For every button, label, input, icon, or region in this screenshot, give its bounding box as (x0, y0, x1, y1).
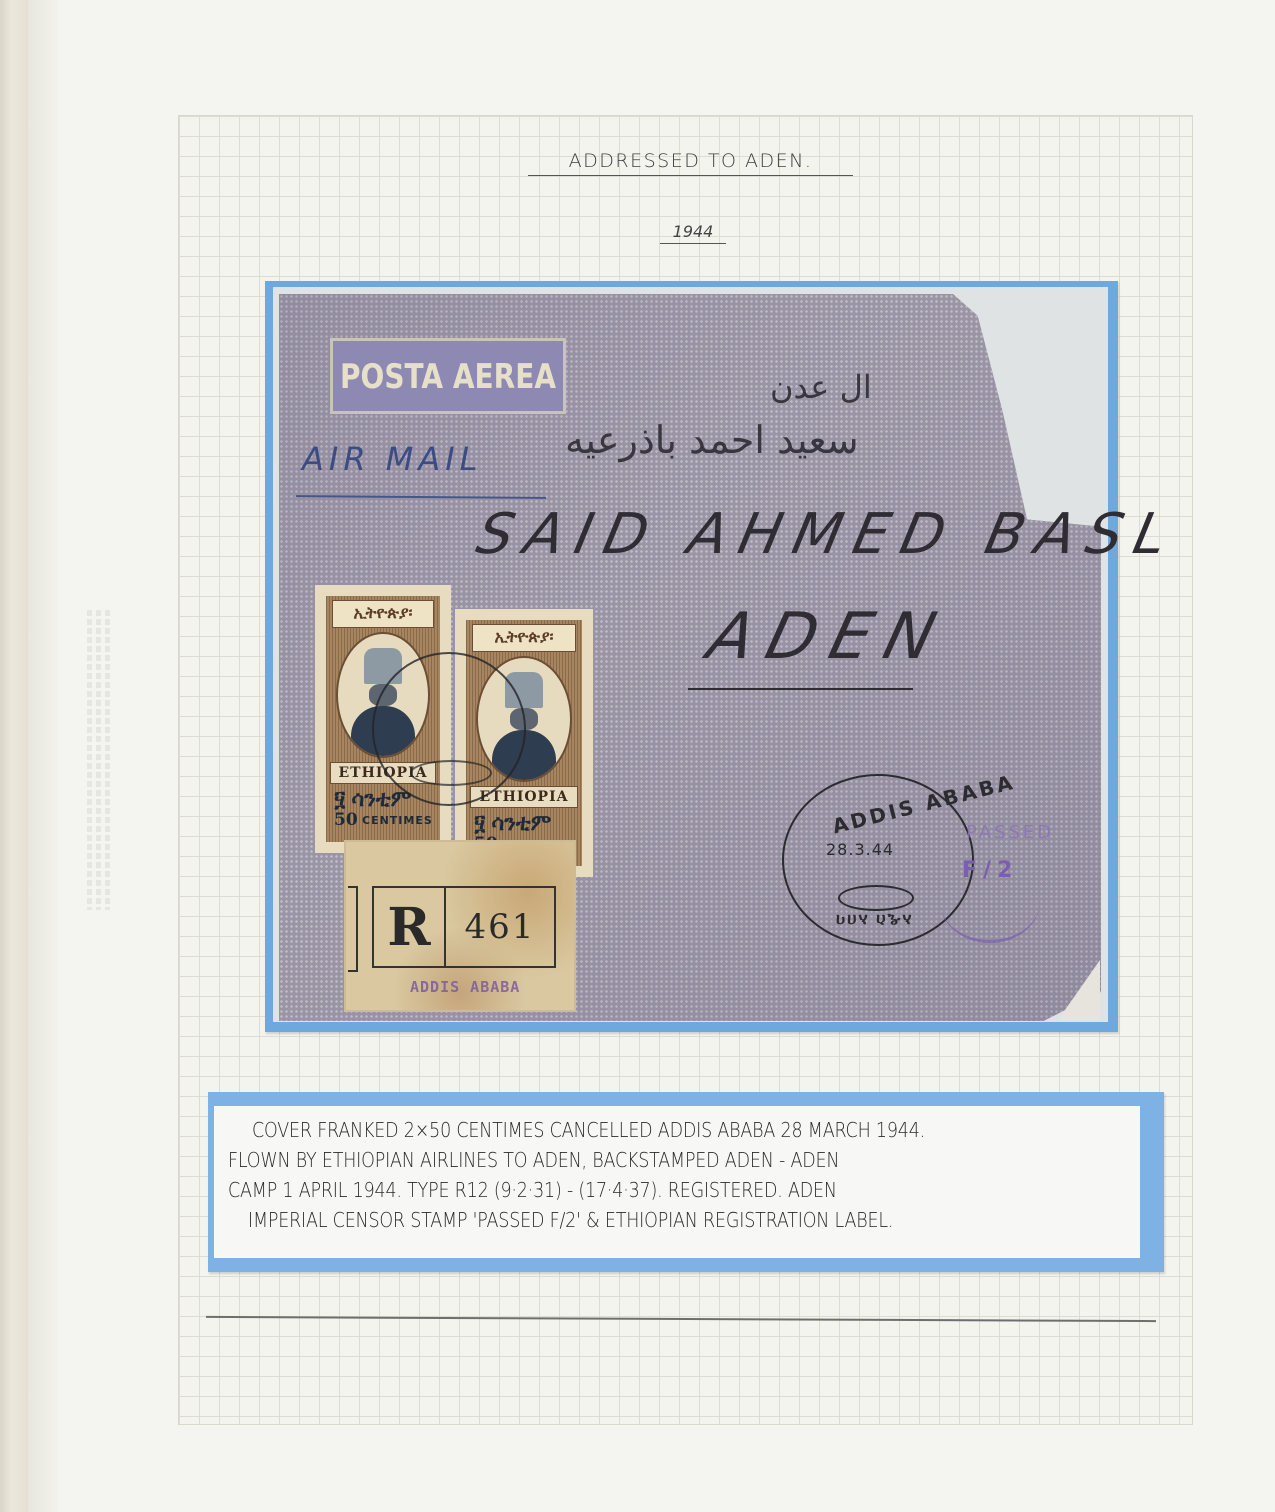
censor-stamp-arc (940, 860, 1040, 943)
address-line2: ADEN (701, 600, 957, 674)
posta-aerea-label: POSTA AEREA (330, 338, 566, 414)
registration-number: 461 (446, 888, 554, 966)
postmark-amharic: አዲስ አበባ (834, 910, 912, 928)
stamp-amharic-value: ፶ ሳንቲም (334, 786, 411, 812)
posta-aerea-text: POSTA AEREA (340, 356, 556, 396)
album-binding-shadow (28, 0, 58, 1512)
registration-origin-stamp: ADDIS ABABA (410, 978, 520, 996)
caption-card: COVER FRANKED 2×50 CENTIMES CANCELLED AD… (214, 1106, 1140, 1258)
registration-letter: R (374, 888, 446, 966)
censor-passed-text: PASSED (966, 822, 1054, 843)
stamp-cancellation-bar (410, 760, 492, 786)
stamp-amharic-value: ፶ ሳንቲም (474, 810, 551, 836)
publisher-imprint (78, 610, 118, 910)
address-line1: SAID AHMED BASL (471, 502, 1185, 567)
album-binding-strip (0, 0, 29, 1512)
stamp-amharic-banner: ኢትዮጵያ፡ (472, 624, 576, 652)
stamp-unit: CENTIMES (362, 814, 433, 827)
caption-line: IMPERIAL CENSOR STAMP 'PASSED F/2' & ETH… (228, 1204, 1126, 1239)
registration-label-edge (348, 886, 358, 972)
address-arabic-line2: سعيد احمد باذرعيه (565, 418, 859, 462)
stamp-value: 50 (334, 810, 358, 830)
postmark-date: 28.3.44 (826, 840, 894, 859)
address-underline (688, 688, 913, 690)
stamp-amharic-banner: ኢትዮጵያ፡ (332, 600, 434, 628)
postmark-bar (838, 885, 914, 911)
address-arabic-line1: ال عدن (770, 368, 872, 406)
page-year: 1944 (660, 222, 726, 244)
registration-box: R 461 (372, 886, 556, 968)
page-heading: ADDRESSED TO ADEN. (528, 150, 853, 176)
handwritten-airmail: AIR MAIL (302, 440, 483, 478)
